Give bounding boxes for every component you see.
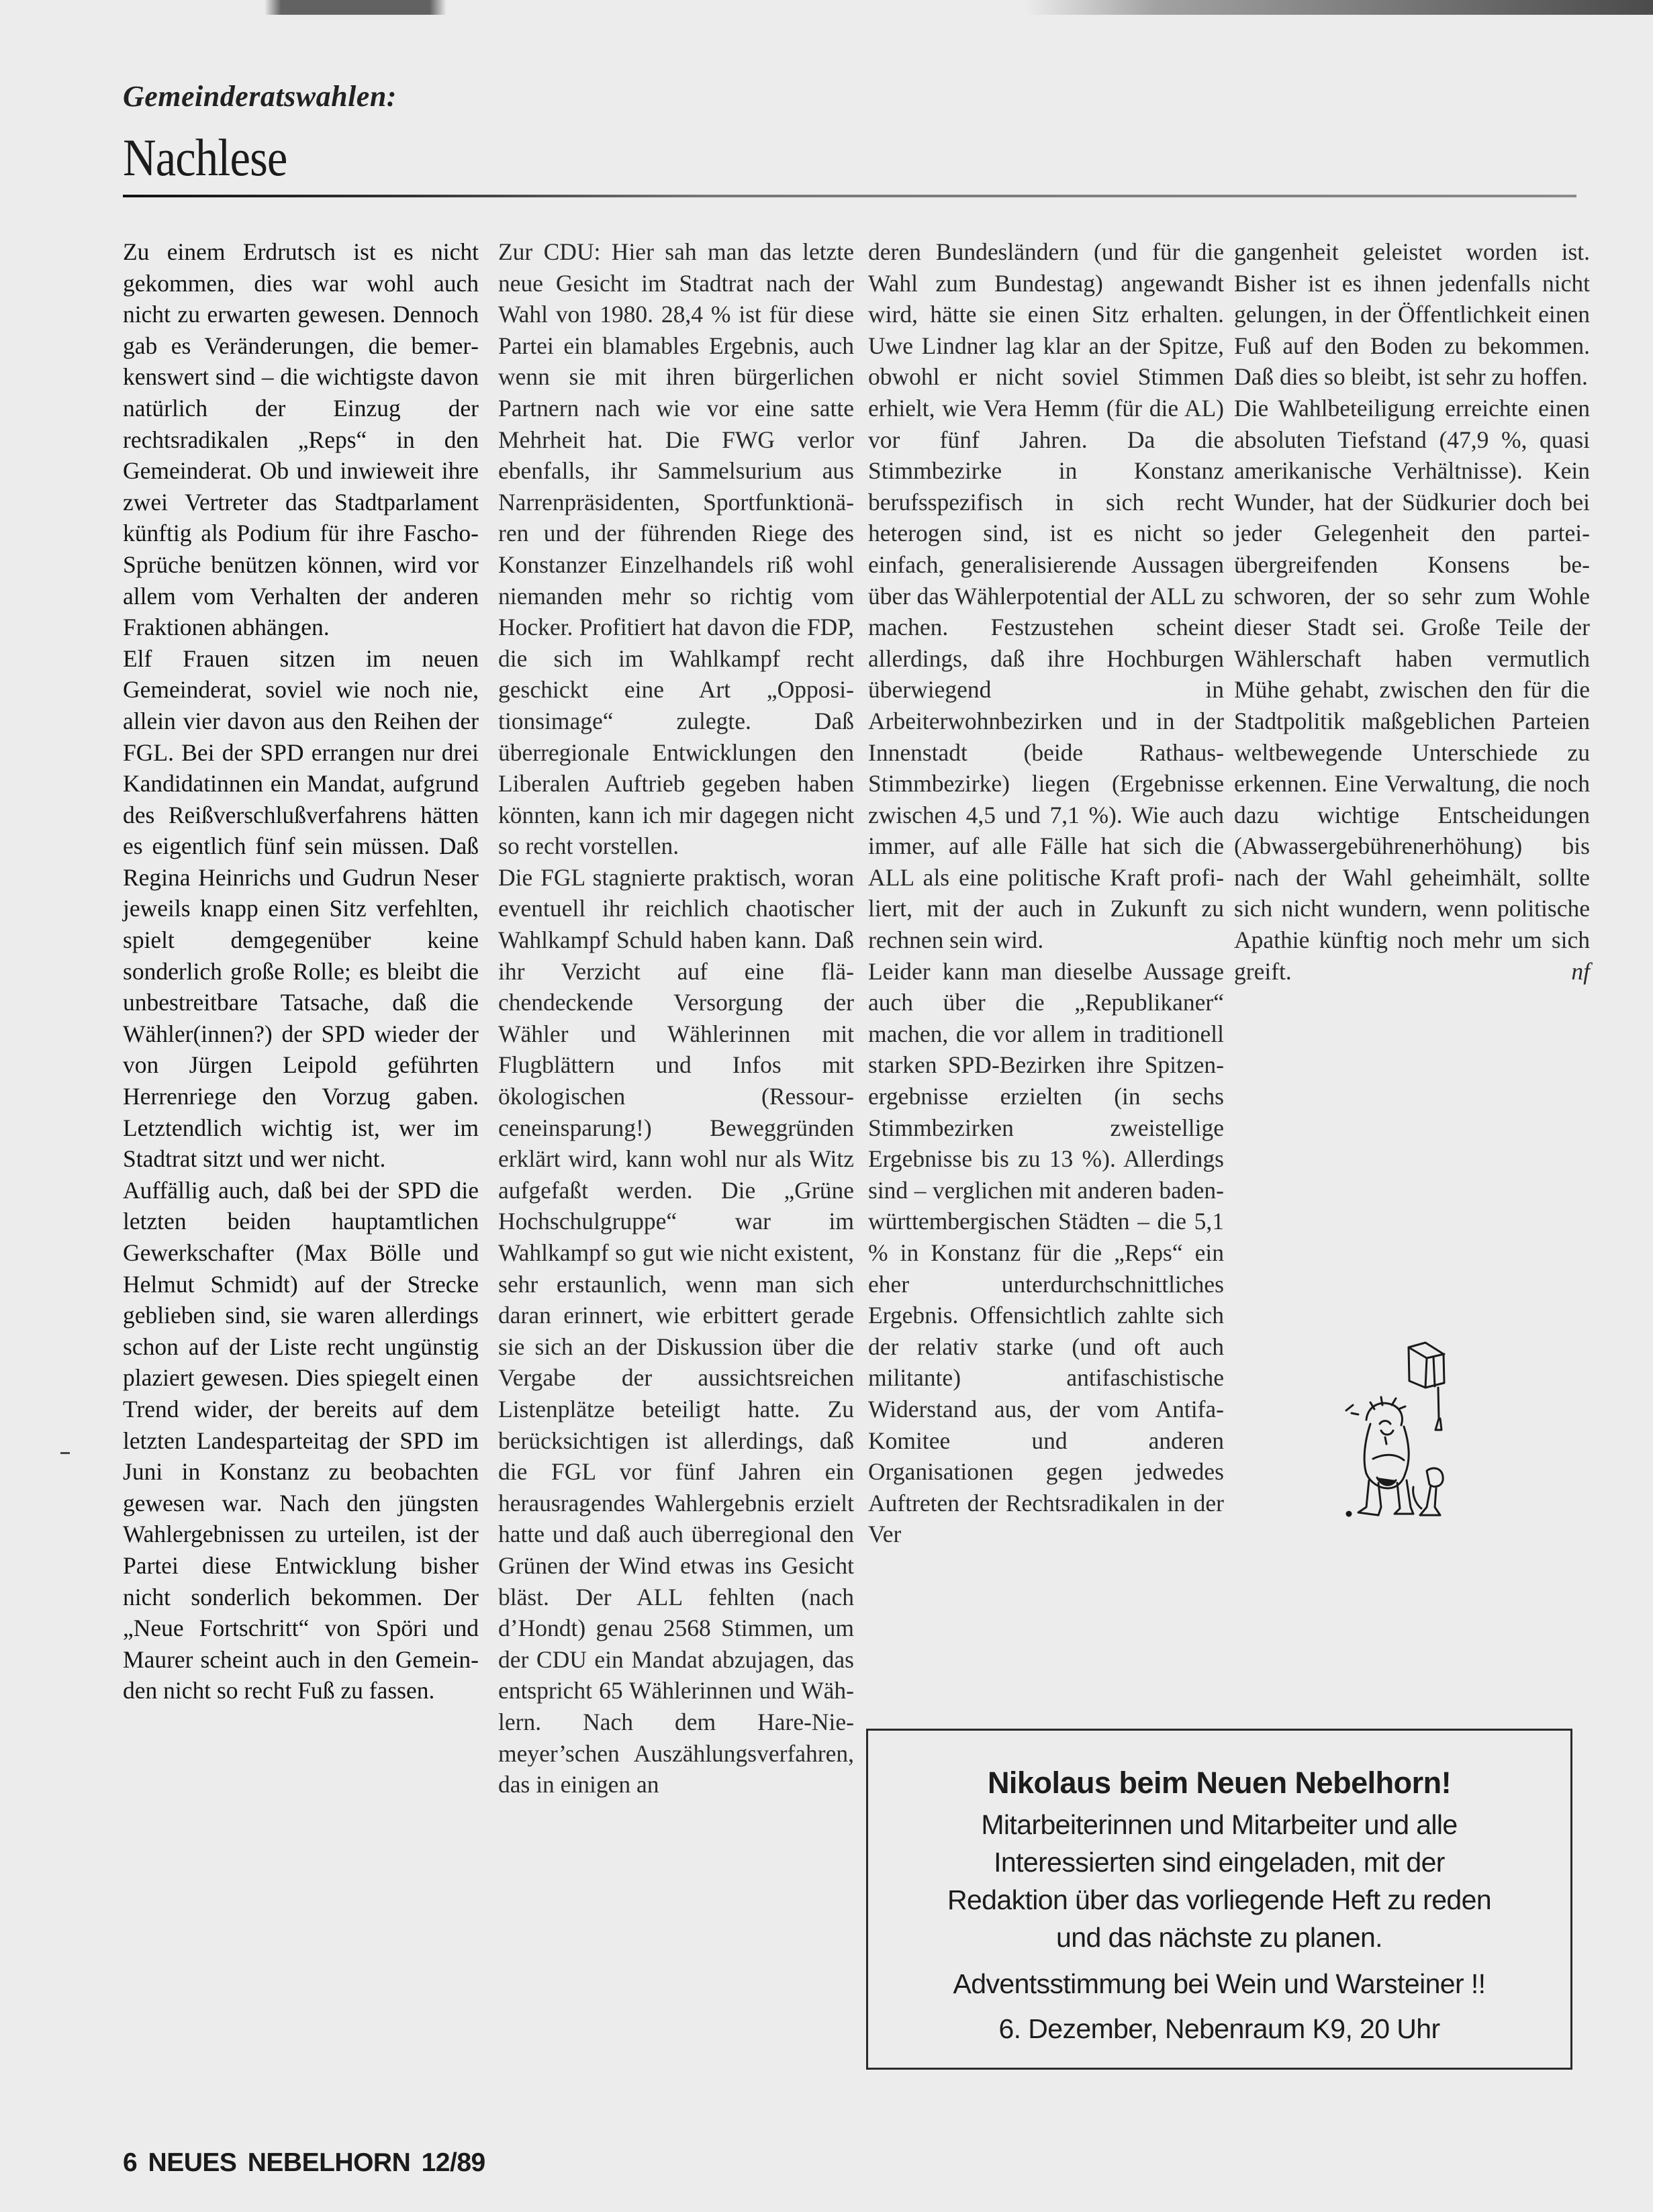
announcement-line: Mitarbeiterinnen und Mitarbeiter und all… — [868, 1806, 1570, 1843]
paragraph: Zu einem Erdrutsch ist es nicht gekommen… — [123, 236, 479, 643]
article-title: Nachlese — [123, 128, 287, 188]
article-column-2: Zur CDU: Hier sah man das letzte neue Ge… — [498, 236, 854, 1800]
page-footer: 6 NEUES NEBELHORN 12/89 — [123, 2148, 485, 2178]
announcement-title: Nikolaus beim Neuen Nebelhorn! — [868, 1766, 1570, 1800]
article-column-1: Zu einem Erdrutsch ist es nicht gekommen… — [123, 236, 479, 1706]
margin-mark — [60, 1452, 70, 1454]
paragraph: gangenheit geleistet worden ist. Bisher … — [1234, 236, 1590, 393]
announcement-extra: Adventsstimmung bei Wein und Warsteiner … — [868, 1968, 1570, 2000]
event-announcement-box: Nikolaus beim Neuen Nebelhorn! Mitarbeit… — [866, 1729, 1572, 2070]
title-rule — [123, 195, 1576, 197]
article-column-3: deren Bundesländern (und für die Wahl zu… — [868, 236, 1224, 1550]
issue-number: 12/89 — [422, 2148, 485, 2177]
page-number: 6 — [123, 2148, 137, 2177]
paragraph: Die FGL stagnierte prak­tisch, woran eve… — [498, 862, 854, 1800]
author-signature: nf — [1571, 956, 1590, 988]
announcement-date: 6. Dezember, Nebenraum K9, 20 Uhr — [868, 2013, 1570, 2045]
paragraph-text: Die Wahlbeteiligung erreich­te einen abs… — [1234, 395, 1590, 985]
announcement-line: Interessierten sind eingeladen, mit der — [868, 1843, 1570, 1881]
paragraph: Auffällig auch, daß bei der SPD die letz… — [123, 1175, 479, 1706]
announcement-line: und das nächste zu planen. — [868, 1919, 1570, 1956]
paragraph: deren Bundesländern (und für die Wahl zu… — [868, 236, 1224, 956]
paragraph: Zur CDU: Hier sah man das letzte neue Ge… — [498, 236, 854, 862]
announcement-line: Redaktion über das vorliegende Heft zu r… — [868, 1881, 1570, 1919]
top-edge-bleed — [0, 0, 1653, 15]
article-kicker: Gemeinderatswahlen: — [123, 79, 397, 113]
paragraph: Leider kann man dieselbe Aussage auch üb… — [868, 956, 1224, 1550]
article-column-4: gangenheit geleistet worden ist. Bisher … — [1234, 236, 1590, 987]
announcement-body: Mitarbeiterinnen und Mitarbeiter und all… — [868, 1806, 1570, 1956]
paragraph: Die Wahlbeteiligung erreich­te einen abs… — [1234, 393, 1590, 987]
paragraph: Elf Frauen sitzen im neuen Gemeinderat, … — [123, 643, 479, 1175]
publication-name: NEUES NEBELHORN — [148, 2148, 411, 2177]
cartoon-figure-with-falling-box-icon — [1326, 1339, 1460, 1527]
